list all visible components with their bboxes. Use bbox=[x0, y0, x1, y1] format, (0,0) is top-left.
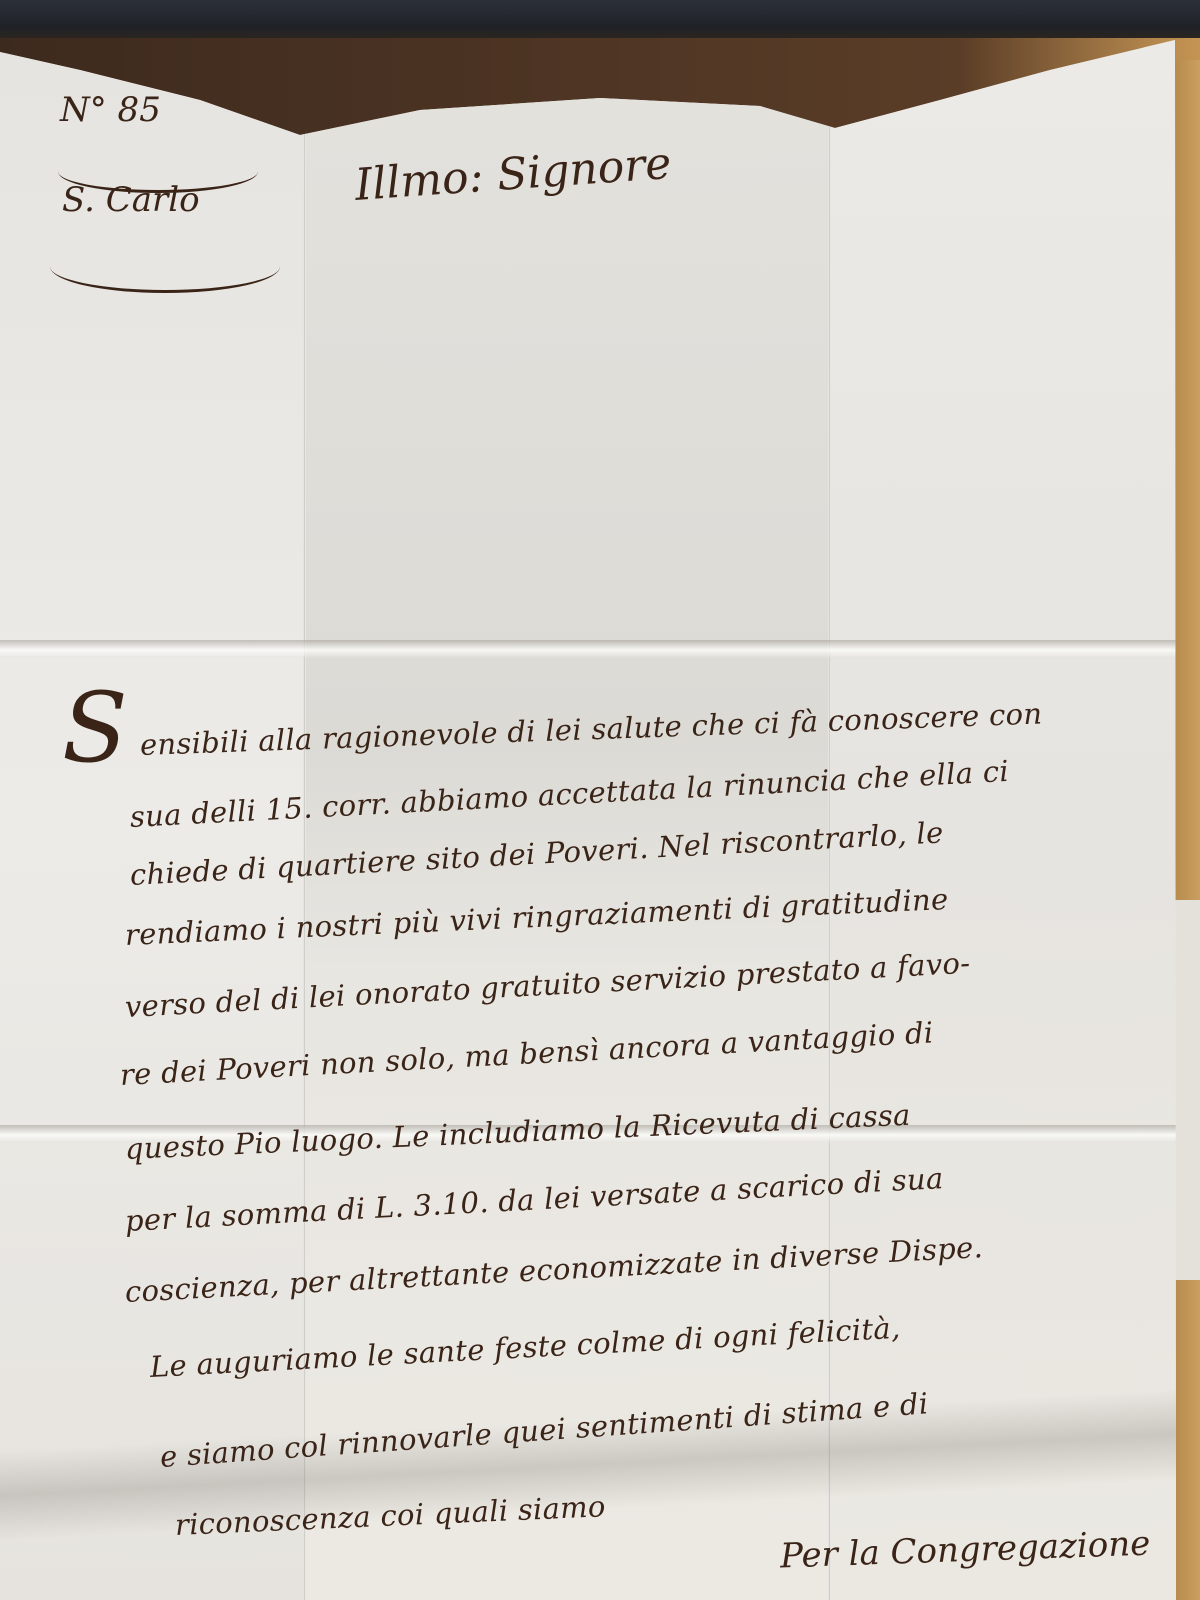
horizontal-crease-upper bbox=[0, 640, 1176, 658]
docket-number: N° 85 bbox=[60, 90, 161, 130]
dark-top-edge bbox=[0, 0, 1200, 38]
drop-cap: S bbox=[62, 680, 128, 776]
adjacent-paper-edge bbox=[1173, 900, 1200, 1280]
docket-name: S. Carlo bbox=[62, 180, 200, 220]
wood-edge-strip bbox=[1172, 60, 1200, 1600]
docket-flourish-2 bbox=[50, 240, 280, 293]
vertical-crease-right bbox=[828, 40, 831, 1600]
